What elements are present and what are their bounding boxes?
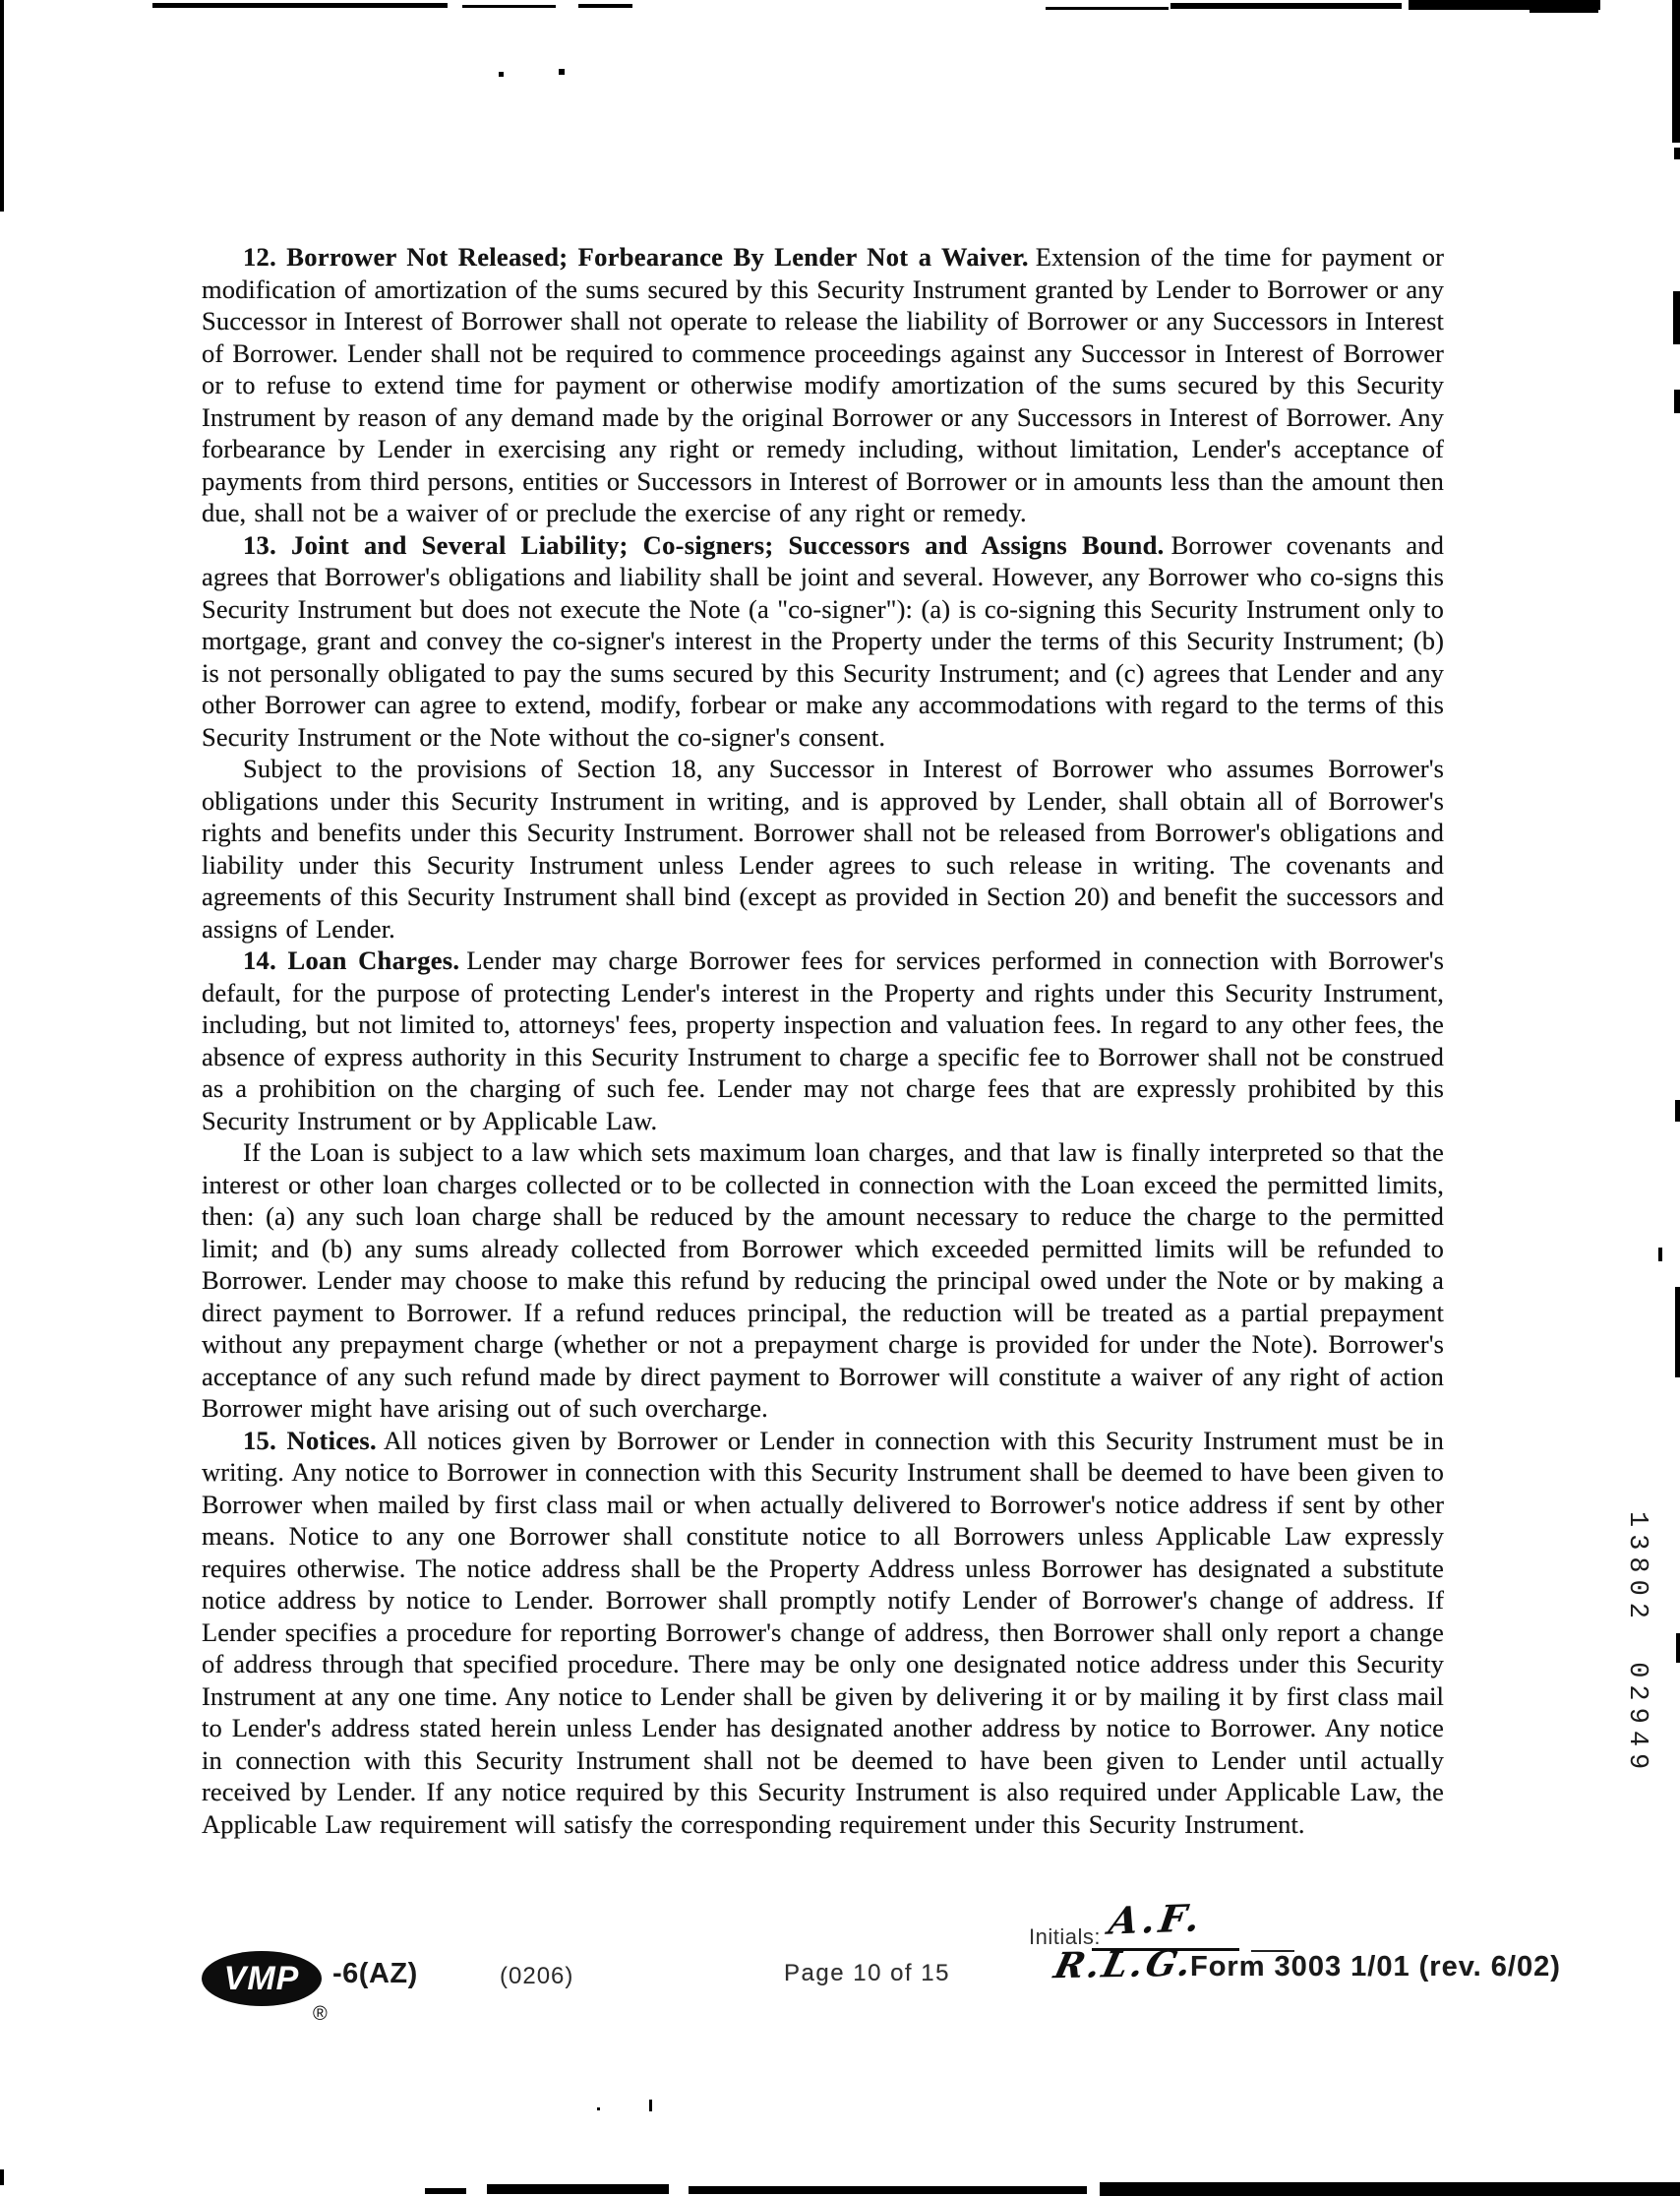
handwritten-initials-2: R.L.G.	[1050, 1943, 1199, 1986]
scan-artifact	[578, 4, 632, 8]
handwritten-initials-1: A.F.	[1107, 1895, 1207, 1942]
scan-artifact	[1674, 148, 1680, 159]
section-14-heading: 14. Loan Charges.	[243, 945, 459, 975]
scanned-document-page: 12. Borrower Not Released; Forbearance B…	[0, 0, 1680, 2196]
scan-artifact	[425, 2188, 466, 2194]
page-number-label: Page 10 of 15	[784, 1960, 950, 1987]
section-15-paragraph: 15. Notices.All notices given by Borrowe…	[202, 1425, 1444, 1841]
scan-artifact	[1675, 1287, 1680, 1377]
section-13-paragraph: 13. Joint and Several Liability; Co-sign…	[202, 529, 1444, 754]
scan-artifact	[0, 2169, 4, 2185]
scan-artifact	[0, 0, 4, 212]
section-12-paragraph: 12. Borrower Not Released; Forbearance B…	[202, 241, 1444, 529]
scan-artifact	[152, 3, 448, 8]
section-13-continuation-paragraph: Subject to the provisions of Section 18,…	[202, 753, 1444, 945]
vmp-logo-text: VMP	[224, 1960, 300, 1998]
form-code: -6(AZ)	[332, 1958, 418, 1990]
section-13-heading: 13. Joint and Several Liability; Co-sign…	[243, 530, 1165, 560]
scan-artifact	[597, 2107, 600, 2110]
scan-artifact	[1170, 3, 1402, 9]
section-14-paragraph: 14. Loan Charges.Lender may charge Borro…	[202, 945, 1444, 1136]
scan-artifact	[1046, 7, 1169, 10]
page-footer: VMP ® -6(AZ) (0206) Page 10 of 15 Initia…	[0, 1909, 1680, 2027]
document-body: 12. Borrower Not Released; Forbearance B…	[202, 241, 1444, 1840]
scan-artifact	[462, 5, 556, 8]
section-13-continuation-text: Subject to the provisions of Section 18,…	[202, 754, 1444, 944]
scan-artifact	[1676, 1633, 1680, 1663]
section-15-text: All notices given by Borrower or Lender …	[202, 1426, 1444, 1839]
scan-artifact	[1674, 390, 1680, 413]
scan-artifact	[1100, 2182, 1680, 2196]
section-12-text: Extension of the time for payment or mod…	[202, 242, 1444, 527]
scan-artifact	[689, 2186, 1087, 2194]
section-15-heading: 15. Notices.	[243, 1426, 377, 1455]
section-12-heading: 12. Borrower Not Released; Forbearance B…	[243, 242, 1029, 272]
vertical-reference-number: 13802 02949	[1622, 1511, 1651, 1776]
scan-artifact	[1675, 1100, 1680, 1122]
form-number-label: Form 3003 1/01 (rev. 6/02)	[1190, 1951, 1561, 1983]
vmp-logo-icon: VMP	[202, 1951, 322, 2006]
section-13-text: Borrower covenants and agrees that Borro…	[202, 530, 1444, 752]
scan-artifact	[649, 2100, 652, 2111]
scan-artifact	[1658, 1248, 1662, 1261]
scan-artifact	[1530, 0, 1598, 13]
scan-artifact	[559, 69, 565, 75]
registered-trademark-symbol: ®	[313, 2003, 328, 2026]
scan-artifact	[1672, 0, 1680, 143]
section-14-continuation-paragraph: If the Loan is subject to a law which se…	[202, 1136, 1444, 1425]
scan-artifact	[1673, 291, 1680, 344]
scan-artifact	[487, 2184, 669, 2194]
section-14-continuation-text: If the Loan is subject to a law which se…	[202, 1137, 1444, 1423]
form-code-revision: (0206)	[500, 1963, 573, 1990]
scan-artifact	[499, 72, 504, 77]
